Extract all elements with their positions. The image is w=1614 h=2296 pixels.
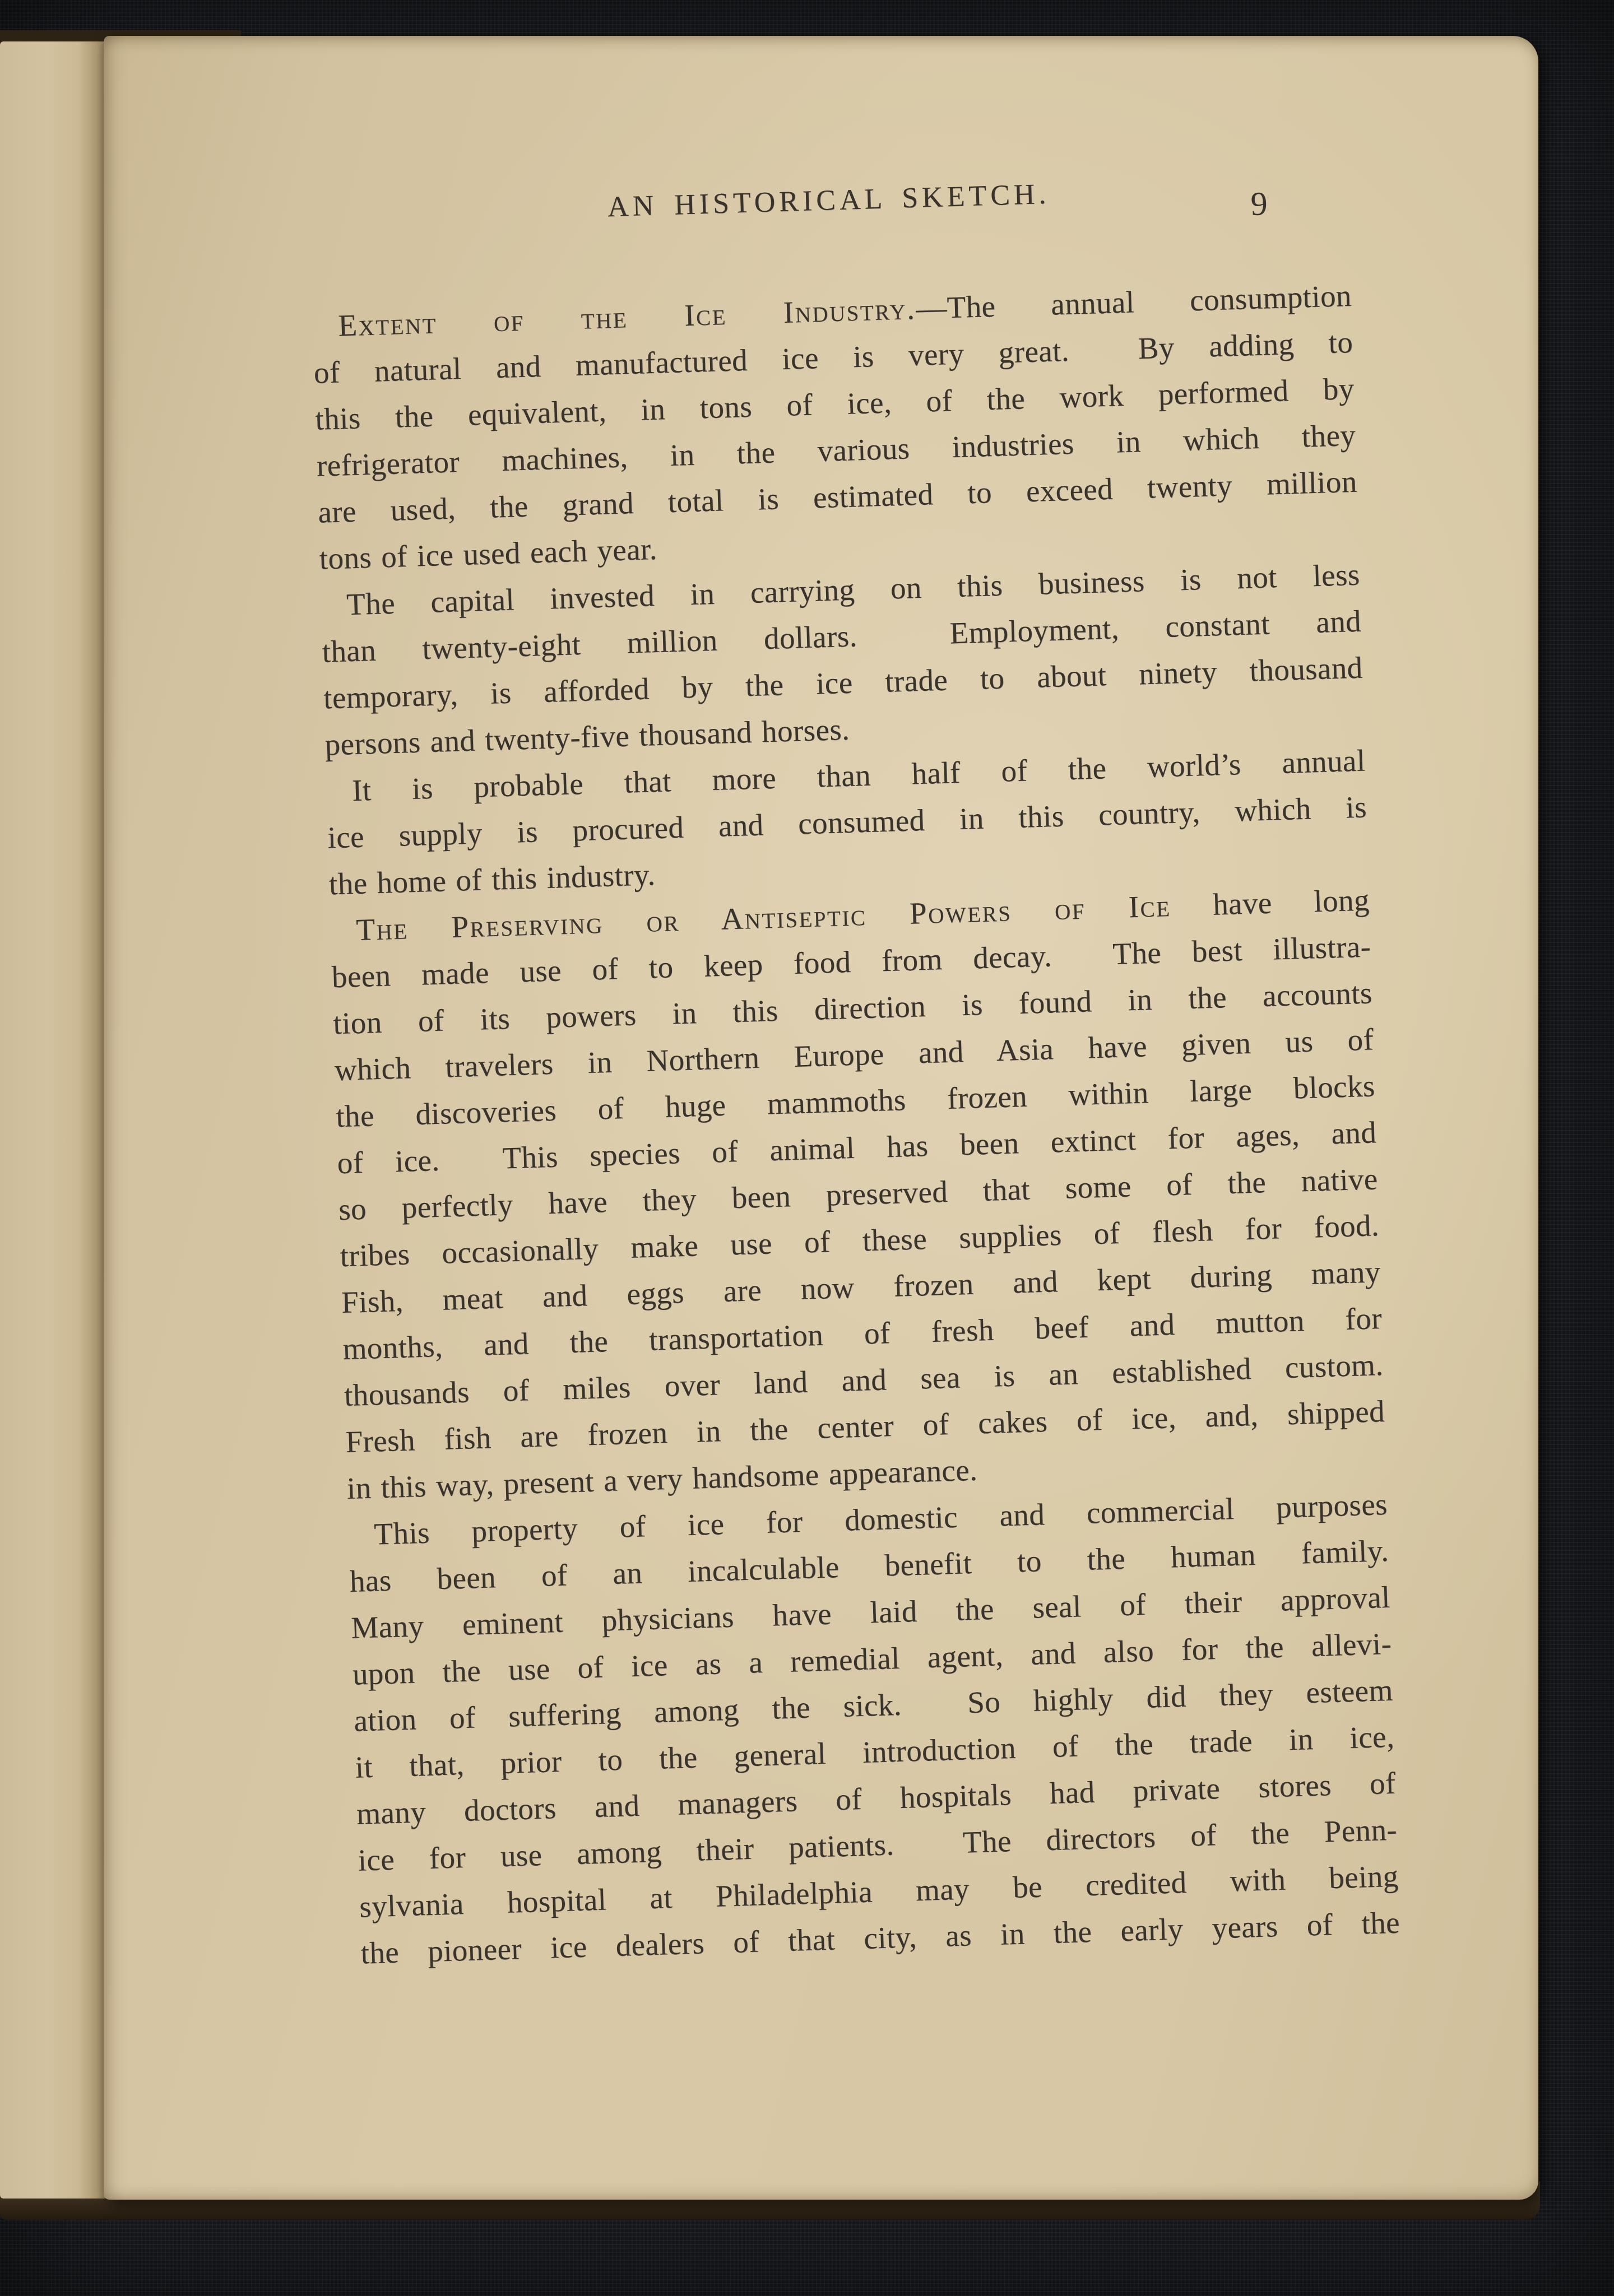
text-block: Extent of the Ice Industry.—The annual c… xyxy=(312,272,1400,1977)
book-page: AN HISTORICAL SKETCH. 9 Extent of the Ic… xyxy=(104,36,1538,2200)
page-number: 9 xyxy=(1250,184,1268,224)
paragraph: The capital invested in carrying on this… xyxy=(320,551,1365,768)
paragraph: This property of ice for domestic and co… xyxy=(347,1481,1400,1977)
running-title: AN HISTORICAL SKETCH. xyxy=(309,169,1349,233)
scanned-book-photo: { "document": { "header": { "title": "AN… xyxy=(0,0,1614,2296)
paragraph: The Preserving or Antiseptic Powers of I… xyxy=(330,876,1386,1512)
paragraph: Extent of the Ice Industry.—The annual c… xyxy=(312,272,1359,582)
gutter-fold xyxy=(0,41,105,2199)
printed-text-layer: AN HISTORICAL SKETCH. 9 Extent of the Ic… xyxy=(308,154,1400,1977)
